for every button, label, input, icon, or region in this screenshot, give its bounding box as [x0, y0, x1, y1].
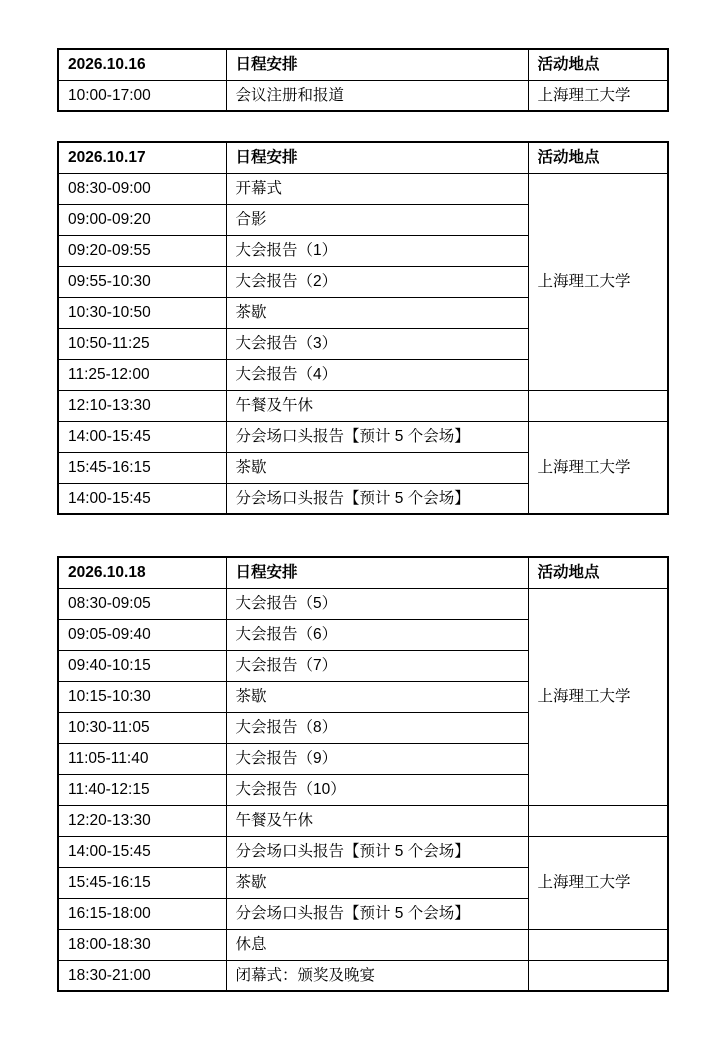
time-cell: 12:10-13:30 — [58, 390, 226, 421]
time-cell: 10:00-17:00 — [58, 80, 226, 111]
schedule-header-cell: 日程安排 — [226, 49, 528, 80]
location-cell: 上海理工大学 — [528, 588, 668, 805]
table-header-row: 2026.10.17日程安排活动地点 — [58, 142, 668, 173]
activity-cell: 大会报告（5） — [226, 588, 528, 619]
location-cell-empty — [528, 805, 668, 836]
activity-cell: 大会报告（6） — [226, 619, 528, 650]
location-cell-empty — [528, 390, 668, 421]
time-cell: 10:30-11:05 — [58, 712, 226, 743]
activity-cell: 闭幕式：颁奖及晚宴 — [226, 960, 528, 991]
table-header-row: 2026.10.18日程安排活动地点 — [58, 557, 668, 588]
activity-cell: 分会场口头报告【预计 5 个会场】 — [226, 898, 528, 929]
activity-cell: 大会报告（4） — [226, 359, 528, 390]
activity-cell: 午餐及午休 — [226, 390, 528, 421]
time-cell: 09:05-09:40 — [58, 619, 226, 650]
time-cell: 18:30-21:00 — [58, 960, 226, 991]
time-cell: 09:20-09:55 — [58, 235, 226, 266]
table-row: 18:30-21:00闭幕式：颁奖及晚宴 — [58, 960, 668, 991]
activity-cell: 开幕式 — [226, 173, 528, 204]
activity-cell: 大会报告（8） — [226, 712, 528, 743]
document-page: 2026.10.16日程安排活动地点10:00-17:00会议注册和报道上海理工… — [0, 0, 721, 1050]
activity-cell: 大会报告（2） — [226, 266, 528, 297]
time-cell: 11:05-11:40 — [58, 743, 226, 774]
activity-cell: 分会场口头报告【预计 5 个会场】 — [226, 421, 528, 452]
time-cell: 14:00-15:45 — [58, 836, 226, 867]
time-cell: 10:30-10:50 — [58, 297, 226, 328]
time-cell: 08:30-09:05 — [58, 588, 226, 619]
activity-cell: 大会报告（3） — [226, 328, 528, 359]
time-cell: 18:00-18:30 — [58, 929, 226, 960]
table-header-row: 2026.10.16日程安排活动地点 — [58, 49, 668, 80]
time-cell: 11:25-12:00 — [58, 359, 226, 390]
time-cell: 15:45-16:15 — [58, 452, 226, 483]
location-cell: 上海理工大学 — [528, 173, 668, 390]
date-header-cell: 2026.10.17 — [58, 142, 226, 173]
location-header-cell: 活动地点 — [528, 557, 668, 588]
activity-cell: 茶歇 — [226, 867, 528, 898]
table-row: 14:00-15:45分会场口头报告【预计 5 个会场】上海理工大学 — [58, 836, 668, 867]
time-cell: 08:30-09:00 — [58, 173, 226, 204]
table-row: 14:00-15:45分会场口头报告【预计 5 个会场】上海理工大学 — [58, 421, 668, 452]
date-header-cell: 2026.10.18 — [58, 557, 226, 588]
location-cell-empty — [528, 960, 668, 991]
activity-cell: 大会报告（1） — [226, 235, 528, 266]
time-cell: 14:00-15:45 — [58, 483, 226, 514]
table-row: 10:00-17:00会议注册和报道上海理工大学 — [58, 80, 668, 111]
table-row: 12:10-13:30午餐及午休 — [58, 390, 668, 421]
time-cell: 14:00-15:45 — [58, 421, 226, 452]
activity-cell: 午餐及午休 — [226, 805, 528, 836]
table-row: 18:00-18:30休息 — [58, 929, 668, 960]
activity-cell: 分会场口头报告【预计 5 个会场】 — [226, 836, 528, 867]
location-cell-empty — [528, 929, 668, 960]
time-cell: 10:50-11:25 — [58, 328, 226, 359]
schedule-header-cell: 日程安排 — [226, 142, 528, 173]
time-cell: 09:00-09:20 — [58, 204, 226, 235]
schedule-table-day-3: 2026.10.18日程安排活动地点08:30-09:05大会报告（5）上海理工… — [57, 556, 669, 992]
time-cell: 11:40-12:15 — [58, 774, 226, 805]
activity-cell: 大会报告（9） — [226, 743, 528, 774]
activity-cell: 合影 — [226, 204, 528, 235]
activity-cell: 分会场口头报告【预计 5 个会场】 — [226, 483, 528, 514]
date-header-cell: 2026.10.16 — [58, 49, 226, 80]
location-header-cell: 活动地点 — [528, 49, 668, 80]
activity-cell: 大会报告（10） — [226, 774, 528, 805]
schedule-table-day-2: 2026.10.17日程安排活动地点08:30-09:00开幕式上海理工大学09… — [57, 141, 669, 515]
activity-cell: 茶歇 — [226, 681, 528, 712]
time-cell: 10:15-10:30 — [58, 681, 226, 712]
location-header-cell: 活动地点 — [528, 142, 668, 173]
location-cell: 上海理工大学 — [528, 836, 668, 929]
activity-cell: 茶歇 — [226, 297, 528, 328]
time-cell: 12:20-13:30 — [58, 805, 226, 836]
activity-cell: 茶歇 — [226, 452, 528, 483]
table-row: 08:30-09:00开幕式上海理工大学 — [58, 173, 668, 204]
time-cell: 09:40-10:15 — [58, 650, 226, 681]
activity-cell: 会议注册和报道 — [226, 80, 528, 111]
table-row: 08:30-09:05大会报告（5）上海理工大学 — [58, 588, 668, 619]
activity-cell: 休息 — [226, 929, 528, 960]
schedule-table-day-1: 2026.10.16日程安排活动地点10:00-17:00会议注册和报道上海理工… — [57, 48, 669, 112]
schedule-header-cell: 日程安排 — [226, 557, 528, 588]
table-row: 12:20-13:30午餐及午休 — [58, 805, 668, 836]
location-cell: 上海理工大学 — [528, 421, 668, 514]
location-cell: 上海理工大学 — [528, 80, 668, 111]
time-cell: 09:55-10:30 — [58, 266, 226, 297]
time-cell: 15:45-16:15 — [58, 867, 226, 898]
activity-cell: 大会报告（7） — [226, 650, 528, 681]
time-cell: 16:15-18:00 — [58, 898, 226, 929]
